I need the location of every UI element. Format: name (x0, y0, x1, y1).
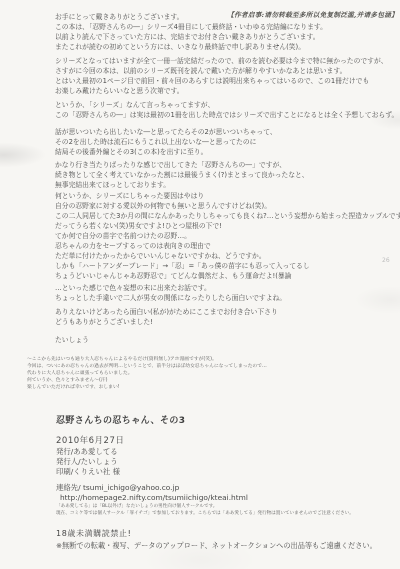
age-warning: 18歳未満購読禁止! (56, 528, 131, 539)
text-line: 発行/ああ愛してる (56, 447, 120, 457)
text-line: 話が思いついたら出したいな―と思ってたらその2が思いついちゃって、 (55, 127, 277, 137)
page-number: 26 (382, 257, 390, 264)
text-line: さすがに今回の本は、以前のシリーズ既刊を読んで戴いた方が解りやすいかなあとは思い… (55, 66, 388, 76)
text-line: …といった感じで色々妄想の末に出来たお話です。 (55, 283, 286, 293)
afterword-paragraph: 話が思いついたら出したいな―と思ってたらその2が思いついちゃって、その2を出した… (55, 127, 277, 157)
copyright-warning: ※無断での転載・複写、データのアップロード、ネットオークションへの出品等もご遠慮… (56, 541, 377, 551)
author-small-note: 〜ここから先はいつも通り大人忍ちゃんによるやるだけ(資料無し)アホ漫画ですが(笑… (27, 357, 267, 392)
text-line: かなり行き当たりばったりな感じで出してきた「忍野さんちの―」ですが、 (55, 160, 309, 170)
text-line: ありえないけどあったら面白い(私が)がためにここまでお付き合い下さり (55, 307, 278, 317)
text-line: とはいえ最初の1ページ目で前回・前々回のあらすじは説明出来ちゃってはいるので、こ… (55, 76, 388, 86)
text-line: この本は、「忍野さんちの―」シリーズ4冊目にして最終話・いわゆる完結編になります… (55, 22, 327, 32)
text-line: 以前より読んで下さっていた方には、完結までお付き合い戴きありがとうございます。 (55, 32, 327, 42)
book-title: 忍野さんちの忍ちゃん、その3 (56, 413, 185, 426)
colophon-lines: 発行/ああ愛してる発行人/たいしょう印刷/くりえい社 様 (56, 447, 120, 477)
afterword-paragraph: 何というか、シリーズにしちゃった要因はやはり自分の忍野家に対する愛以外の何物でも… (55, 191, 400, 281)
text-line: ちょうどいいじゃんじゃあ忍野忍で」てどんな偶然だよ、もう運命だよ!(暴論 (55, 271, 400, 281)
text-line: だってうら若くない(笑)男女ですよ!ひとつ屋根の下で! (55, 221, 400, 231)
contact-line: 連絡先/ tsumi_ichigo@yahoo.co.jp (56, 483, 248, 493)
text-line: ただ単に付けたかったからでいいんじゃないですかね、どうですか。 (55, 251, 400, 261)
text-line: 忍ちゃんの力をセーブするってのは表向きの理由で (55, 241, 400, 251)
text-line: シリーズとなってはいますが全て一冊一話完結だったので、前のを読む必要は今まで特に… (55, 56, 388, 66)
text-line: 何ていうか、色々とすみません〜(汗) (27, 378, 267, 385)
text-line: その2を出した時は流石にもうこれ以上出ないな―と思ってたのに (55, 137, 277, 147)
contact-block: 連絡先/ tsumi_ichigo@yahoo.co.jp http://hom… (56, 483, 248, 503)
text-line: この二人同居してた3か月の間になんかあったりしちゃっても良くね?…という妄想から… (55, 211, 400, 221)
afterword-paragraph: …といった感じで色々妄想の末に出来たお話です。ちょっとした手違いで二人が男女の関… (55, 283, 286, 303)
text-line: またこれが読むの初めてという方には、いきなり最終話で申し訳ありません(笑)。 (55, 42, 327, 52)
text-line: 「ああ愛してる」は「BL以外げ」なたいしょうの男性向け個人サークルです。 (56, 504, 354, 511)
text-line: 何というか、シリーズにしちゃった要因はやはり (55, 191, 400, 201)
text-line: 印刷/くりえい社 様 (56, 467, 120, 477)
text-line: この「忍野さんちの―」は実は最初の1冊を出した時点ではシリーズで出すことになると… (55, 110, 398, 120)
text-line: 現在、コミケ等では個人サークル「罪イチゴ」で参加しております。こちらでは「ああ愛… (56, 511, 354, 518)
circle-fine-print: 「ああ愛してる」は「BL以外げ」なたいしょうの男性向け個人サークルです。現在、コ… (56, 504, 354, 517)
text-line: 代わりに大人忍ちゃんに頑張ってもらいました。 (27, 371, 267, 378)
text-line: てか何で自分の苗字で名前つけたの忍野…。 (55, 231, 400, 241)
text-line: 発行人/たいしょう (56, 457, 120, 467)
text-line: どうもありがとうございました! (55, 317, 278, 327)
text-line: しかも「ハートアンダーブレード」→「忍」=「あっ僕の苗字にも忍って入ってるし (55, 261, 400, 271)
text-line: 無事完結出来てほっとしております。 (55, 180, 309, 190)
text-line: 自分の忍野家に対する愛以外の何物でも無いと思うんですけどね(笑)。 (55, 201, 400, 211)
text-line: 結局その後番外編とその3(この本)を出すに至り。 (55, 147, 277, 157)
text-line: 続き物として全く考えていなかった割には最後うまく(?)まとまって良かったなと、 (55, 170, 309, 180)
afterword-paragraph: かなり行き当たりばったりな感じで出してきた「忍野さんちの―」ですが、続き物として… (55, 160, 309, 190)
contact-email: tsumi_ichigo@yahoo.co.jp (83, 483, 179, 492)
scanned-afterword-page: 【作者启事:请勿转载至多所以免复制泛滥,并请多包涵】 お手にとって戴きありがとう… (0, 0, 400, 569)
afterword-paragraph: お手にとって戴きありがとうございます。この本は、「忍野さんちの―」シリーズ4冊目… (55, 12, 327, 52)
publication-date: 2010年6月27日 (56, 434, 124, 446)
text-line: 今回は、ついにあの忍ちゃんの過去が判明…ということで、前半分はほぼ幼女忍ちゃんに… (27, 364, 267, 371)
afterword-paragraph: というか、「シリーズ」なんて言っちゃってますが、この「忍野さんちの―」は実は最初… (55, 100, 398, 120)
contact-url: http://homepage2.nifty.com/tsumiichigo/k… (56, 493, 248, 503)
text-line: 楽しんでいただければ幸いです、おしまい! (27, 385, 267, 392)
afterword-paragraph: シリーズとなってはいますが全て一冊一話完結だったので、前のを読む必要は今まで特に… (55, 56, 388, 96)
afterword-paragraph: ありえないけどあったら面白い(私が)がためにここまでお付き合い下さりどうもありが… (55, 307, 278, 327)
text-line: というか、「シリーズ」なんて言っちゃってますが、 (55, 100, 398, 110)
text-line: ちょっとした手違いで二人が男女の関係になったりしたら面白いですよね。 (55, 293, 286, 303)
text-line: 〜ここから先はいつも通り大人忍ちゃんによるやるだけ(資料無し)アホ漫画ですが(笑… (27, 357, 267, 364)
contact-label: 連絡先/ (56, 483, 81, 492)
author-signature: たいしょう (55, 334, 89, 344)
text-line: お楽しみ戴けたらいいなと思う次第です。 (55, 86, 388, 96)
text-line: お手にとって戴きありがとうございます。 (55, 12, 327, 22)
